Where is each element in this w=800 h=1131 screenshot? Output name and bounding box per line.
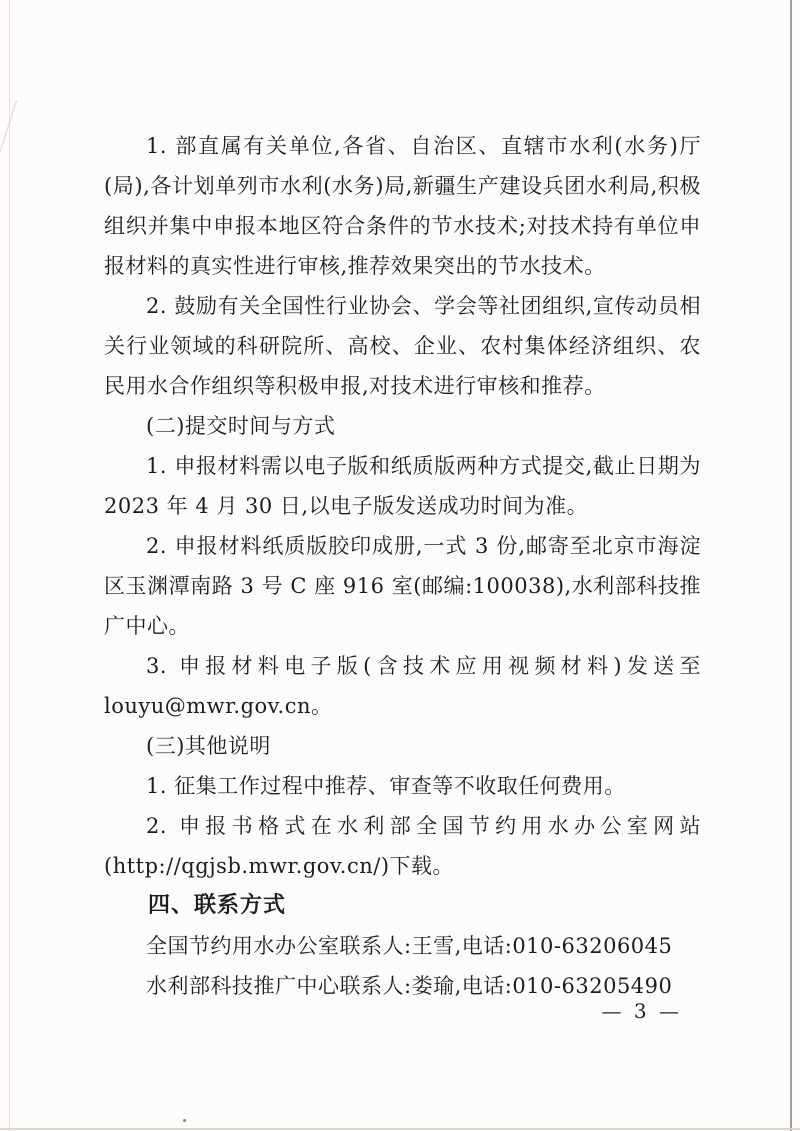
- heading-contact-info: 四、联系方式: [104, 886, 701, 926]
- page-number: — 3 —: [602, 999, 682, 1023]
- paragraph-text-segment: 2. 申报书格式在水利部全国节约用水办公室网站: [146, 814, 701, 838]
- paragraph-org-duties-1: 1. 部直属有关单位,各省、自治区、直辖市水利(水务)厅(局),各计划单列市水利…: [104, 126, 701, 286]
- paragraph-submission-2: 2. 申报材料纸质版胶印成册,一式 3 份,邮寄至北京市海淀区玉渊潭南路 3 号…: [104, 526, 701, 646]
- scan-edge-left: [9, 0, 10, 1131]
- scan-edge-right: [790, 0, 792, 1131]
- paragraph-submission-3: 3. 申报材料电子版(含技术应用视频材料)发送至 louyu@mwr.gov.c…: [104, 646, 701, 726]
- paragraph-submission-1: 1. 申报材料需以电子版和纸质版两种方式提交,截止日期为 2023 年 4 月 …: [104, 446, 701, 526]
- scan-edge-bottom: [0, 1128, 800, 1130]
- paragraph-text-segment: 下载。: [390, 854, 455, 878]
- paragraph-org-duties-2: 2. 鼓励有关全国性行业协会、学会等社团组织,宣传动员相关行业领域的科研院所、高…: [104, 286, 701, 406]
- heading-submission-time-method: (二)提交时间与方式: [104, 406, 701, 446]
- paragraph-text-segment: 3. 申报材料电子版(含技术应用视频材料)发送至: [146, 654, 701, 678]
- email-address: louyu@mwr.gov.cn: [104, 694, 311, 718]
- document-page: 1. 部直属有关单位,各省、自治区、直辖市水利(水务)厅(局),各计划单列市水利…: [0, 0, 800, 1131]
- document-body: 1. 部直属有关单位,各省、自治区、直辖市水利(水务)厅(局),各计划单列市水利…: [104, 126, 701, 1006]
- heading-other-notes: (三)其他说明: [104, 726, 701, 766]
- contact-line-national-office: 全国节约用水办公室联系人:王雪,电话:010-63206045: [104, 926, 701, 966]
- website-url: (http://qgjsb.mwr.gov.cn/): [104, 854, 390, 878]
- paragraph-other-1: 1. 征集工作过程中推荐、审查等不收取任何费用。: [104, 766, 701, 806]
- paragraph-other-2: 2. 申报书格式在水利部全国节约用水办公室网站(http://qgjsb.mwr…: [104, 806, 701, 886]
- scan-speck: [183, 1119, 186, 1122]
- paragraph-text-segment: 。: [311, 694, 333, 718]
